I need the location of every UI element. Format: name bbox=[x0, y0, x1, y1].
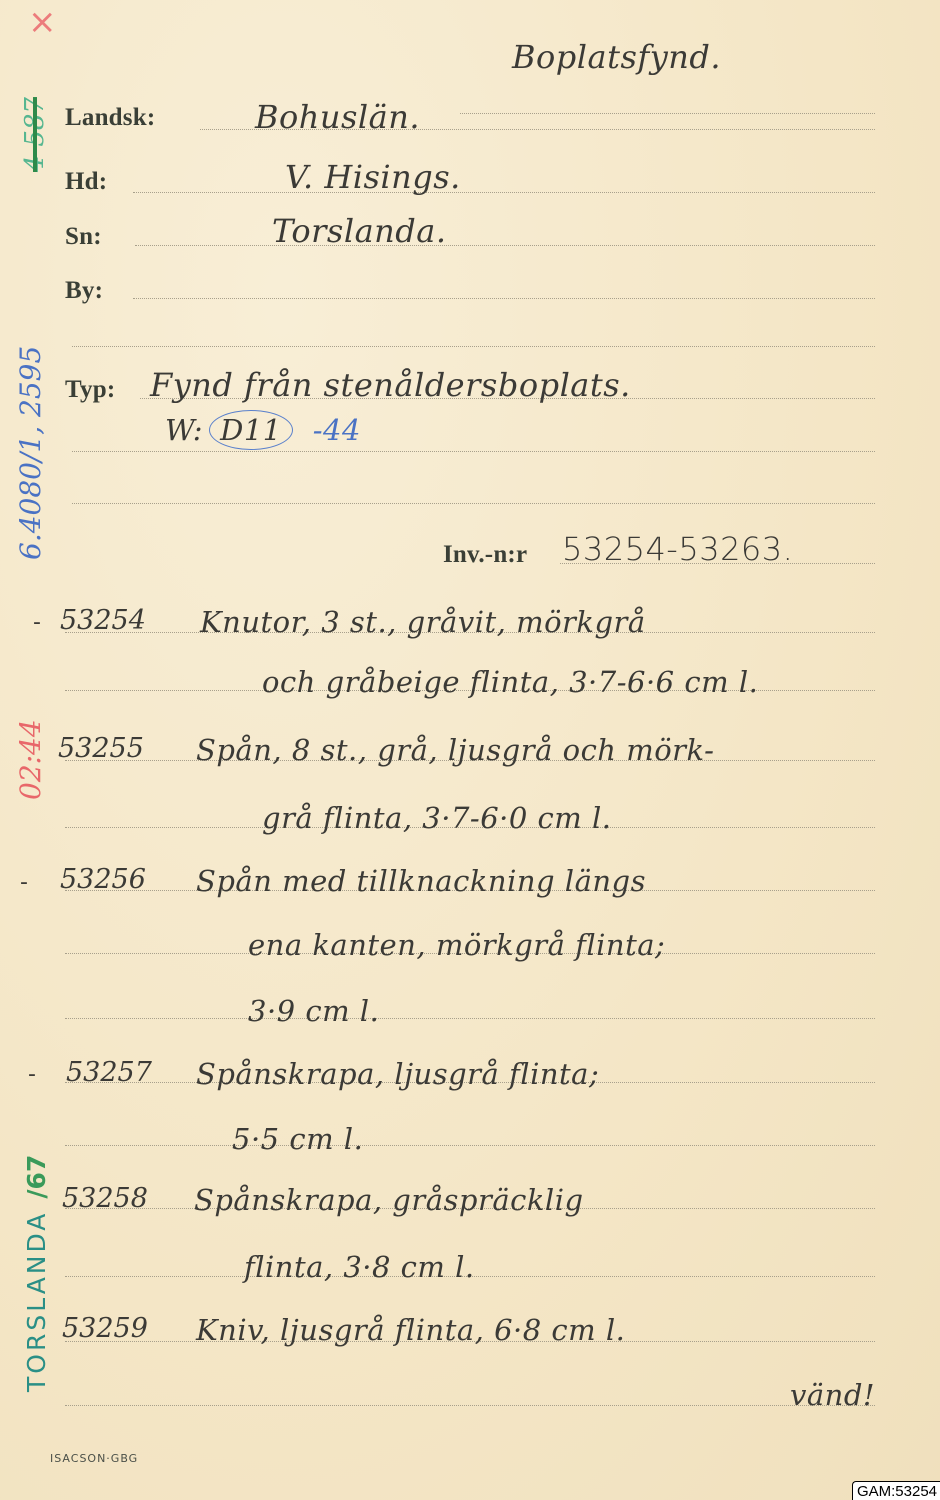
rule-line bbox=[460, 113, 875, 114]
entry-text-line: Spån, 8 st., grå, ljusgrå och mörk- bbox=[196, 733, 714, 767]
entry-text-line: Spånskrapa, ljusgrå flinta; bbox=[196, 1057, 599, 1091]
entry-text-line: grå flinta, 3·7-6·0 cm l. bbox=[262, 801, 611, 835]
category-heading: Boplatsfynd. bbox=[512, 38, 721, 76]
entry-number: 53259 bbox=[62, 1313, 148, 1344]
turn-over-note: vänd! bbox=[790, 1378, 875, 1412]
rule-line bbox=[133, 192, 875, 193]
rule-line bbox=[72, 346, 875, 347]
typ-subcode: W: D11 -44 bbox=[165, 410, 361, 450]
rule-line bbox=[65, 1018, 875, 1019]
rule-line bbox=[65, 1405, 875, 1406]
field-label-sn: Sn: bbox=[65, 223, 102, 251]
typ-subcode-circled: D11 bbox=[209, 410, 293, 450]
entry-number: 53254 bbox=[60, 605, 146, 636]
stamp-place: TORSLANDA bbox=[22, 1211, 51, 1392]
stamp-number: /67 bbox=[22, 1155, 51, 1199]
entry-number: 53257 bbox=[66, 1057, 152, 1088]
entry-text-line: och gråbeige flinta, 3·7-6·6 cm l. bbox=[262, 665, 758, 699]
rule-line bbox=[65, 1145, 875, 1146]
entry-text-line: 3·9 cm l. bbox=[248, 994, 379, 1028]
red-x-mark: × bbox=[28, 2, 57, 42]
catalog-card: Boplatsfynd. Landsk: Bohuslän. Hd: V. Hi… bbox=[0, 0, 940, 1500]
field-label-hd: Hd: bbox=[65, 168, 107, 196]
printer-mark: ISACSON·GBG bbox=[50, 1452, 138, 1465]
entry-number: 53255 bbox=[58, 733, 144, 764]
entry-dash: - bbox=[28, 1062, 36, 1087]
rule-line bbox=[135, 245, 875, 246]
entry-text-line: ena kanten, mörkgrå flinta; bbox=[248, 928, 665, 962]
inventory-range: 53254-53263. bbox=[562, 530, 793, 568]
struck-green-ref: 4-587 bbox=[20, 97, 50, 172]
entry-text-line: Knutor, 3 st., gråvit, mörkgrå bbox=[200, 605, 646, 639]
entry-dash: - bbox=[20, 870, 28, 895]
entry-dash: - bbox=[33, 610, 41, 635]
red-margin-ref: 02:44 bbox=[14, 719, 47, 800]
inventory-label: Inv.-n:r bbox=[443, 541, 527, 569]
field-value-typ: Fynd från stenåldersboplats. bbox=[150, 366, 631, 404]
field-value-hd: V. Hisings. bbox=[285, 158, 461, 196]
blue-margin-ref-text: 6.4080/1, 2595 bbox=[14, 346, 47, 560]
entry-text-line: flinta, 3·8 cm l. bbox=[244, 1250, 475, 1284]
typ-subcode-prefix: W: bbox=[165, 413, 203, 447]
field-label-typ: Typ: bbox=[65, 376, 115, 404]
field-label-by: By: bbox=[65, 277, 103, 305]
torslanda-stamp: TORSLANDA /67 bbox=[22, 1155, 51, 1392]
entry-number: 53256 bbox=[60, 864, 146, 895]
field-value-sn: Torslanda. bbox=[272, 212, 447, 250]
struck-green-ref-text: 4-587 bbox=[20, 97, 50, 172]
typ-subcode-blue: -44 bbox=[313, 413, 361, 447]
blue-margin-ref: 6.4080/1, 2595 bbox=[14, 346, 47, 560]
rule-line bbox=[133, 298, 875, 299]
rule-line bbox=[72, 451, 875, 452]
field-label-landsk: Landsk: bbox=[65, 104, 155, 132]
red-margin-ref-text: 02:44 bbox=[14, 719, 47, 800]
entry-text-line: Spånskrapa, gråspräcklig bbox=[194, 1183, 584, 1217]
archive-id-label: GAM:53254 bbox=[852, 1481, 940, 1500]
field-value-landsk: Bohuslän. bbox=[255, 98, 420, 136]
entry-text-line: 5·5 cm l. bbox=[232, 1122, 363, 1156]
entry-text-line: Spån med tillknackning längs bbox=[196, 864, 646, 898]
entry-text-line: Kniv, ljusgrå flinta, 6·8 cm l. bbox=[196, 1313, 625, 1347]
rule-line bbox=[72, 503, 875, 504]
entry-number: 53258 bbox=[62, 1183, 148, 1214]
